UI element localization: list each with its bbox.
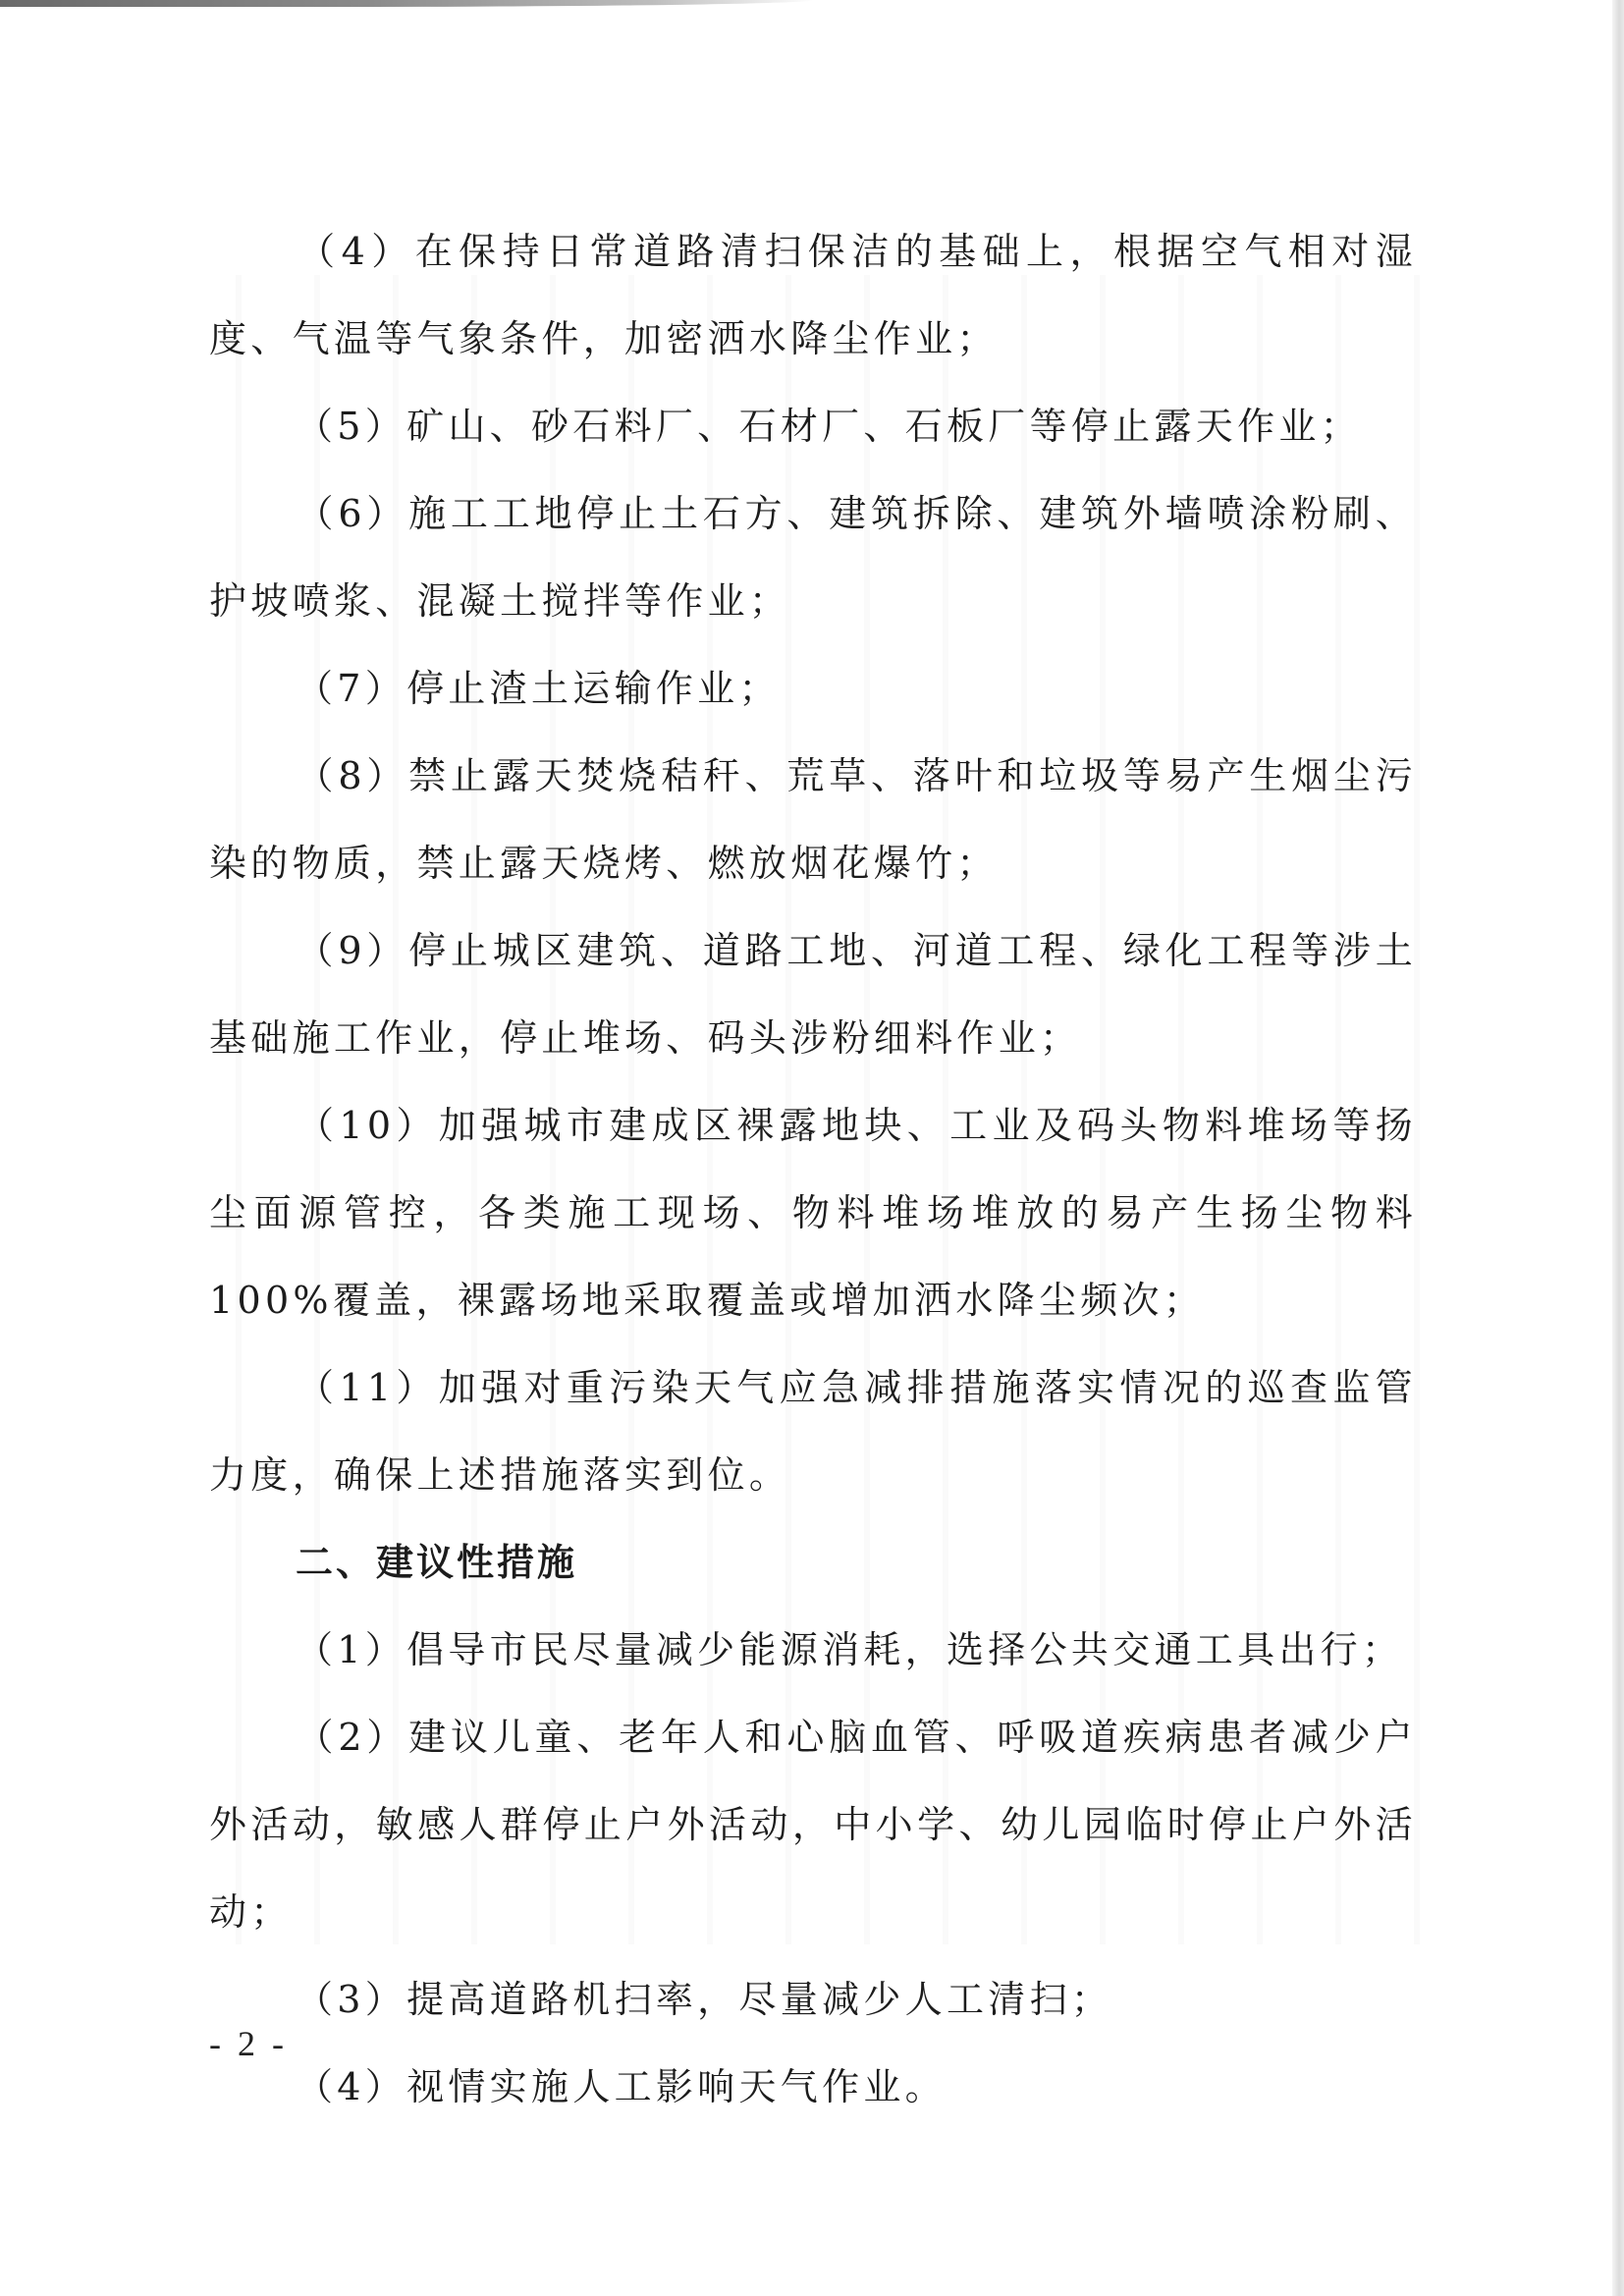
measure-item-6: （6）施工工地停止土石方、建筑拆除、建筑外墙喷涂粉刷、护坡喷浆、混凝土搅拌等作业… [209,470,1417,645]
suggestion-text: （4）视情实施人工影响天气作业。 [296,2065,947,2108]
suggestion-item-4: （4）视情实施人工影响天气作业。 [209,2044,1417,2131]
suggestion-text: （2）建议儿童、老年人和心脑血管、呼吸道疾病患者减少户外活动，敏感人群停止户外活… [209,1716,1417,1934]
measure-item-9: （9）停止城区建筑、道路工地、河道工程、绿化工程等涉土基础施工作业，停止堆场、码… [209,907,1417,1082]
measure-item-7: （7）停止渣土运输作业； [209,645,1417,733]
measure-item-10: （10）加强城市建成区裸露地块、工业及码头物料堆场等扬尘面源管控，各类施工现场、… [209,1082,1417,1344]
measure-text: （4）在保持日常道路清扫保洁的基础上，根据空气相对湿度、气温等气象条件，加密洒水… [209,230,1417,360]
measure-item-5: （5）矿山、砂石料厂、石材厂、石板厂等停止露天作业； [209,383,1417,470]
scan-shadow-right [1612,0,1624,2296]
measure-item-11: （11）加强对重污染天气应急减排措施落实情况的巡查监管力度，确保上述措施落实到位… [209,1344,1417,1519]
measure-item-4: （4）在保持日常道路清扫保洁的基础上，根据空气相对湿度、气温等气象条件，加密洒水… [209,208,1417,383]
page-number: - 2 - [209,2023,288,2064]
section-heading-suggested-measures: 二、建议性措施 [209,1519,1417,1607]
measure-text: （10）加强城市建成区裸露地块、工业及码头物料堆场等扬尘面源管控，各类施工现场、… [209,1104,1417,1322]
measure-text: （9）停止城区建筑、道路工地、河道工程、绿化工程等涉土基础施工作业，停止堆场、码… [209,929,1417,1060]
measure-text: （8）禁止露天焚烧秸秆、荒草、落叶和垃圾等易产生烟尘污染的物质，禁止露天烧烤、燃… [209,754,1417,885]
measure-text: （11）加强对重污染天气应急减排措施落实情况的巡查监管力度，确保上述措施落实到位… [209,1366,1417,1497]
measure-text: （7）停止渣土运输作业； [296,667,781,710]
suggestion-item-3: （3）提高道路机扫率，尽量减少人工清扫； [209,1956,1417,2044]
scan-shadow-top [0,0,815,7]
suggestion-item-1: （1）倡导市民尽量减少能源消耗，选择公共交通工具出行； [209,1607,1417,1694]
measure-text: （6）施工工地停止土石方、建筑拆除、建筑外墙喷涂粉刷、护坡喷浆、混凝土搅拌等作业… [209,492,1417,623]
suggestion-item-2: （2）建议儿童、老年人和心脑血管、呼吸道疾病患者减少户外活动，敏感人群停止户外活… [209,1694,1417,1956]
suggestion-text: （3）提高道路机扫率，尽量减少人工清扫； [296,1978,1112,2021]
measure-text: （5）矿山、砂石料厂、石材厂、石板厂等停止露天作业； [296,405,1362,448]
measure-item-8: （8）禁止露天焚烧秸秆、荒草、落叶和垃圾等易产生烟尘污染的物质，禁止露天烧烤、燃… [209,733,1417,907]
suggestion-text: （1）倡导市民尽量减少能源消耗，选择公共交通工具出行； [296,1628,1403,1671]
document-body: （4）在保持日常道路清扫保洁的基础上，根据空气相对湿度、气温等气象条件，加密洒水… [209,208,1417,2131]
